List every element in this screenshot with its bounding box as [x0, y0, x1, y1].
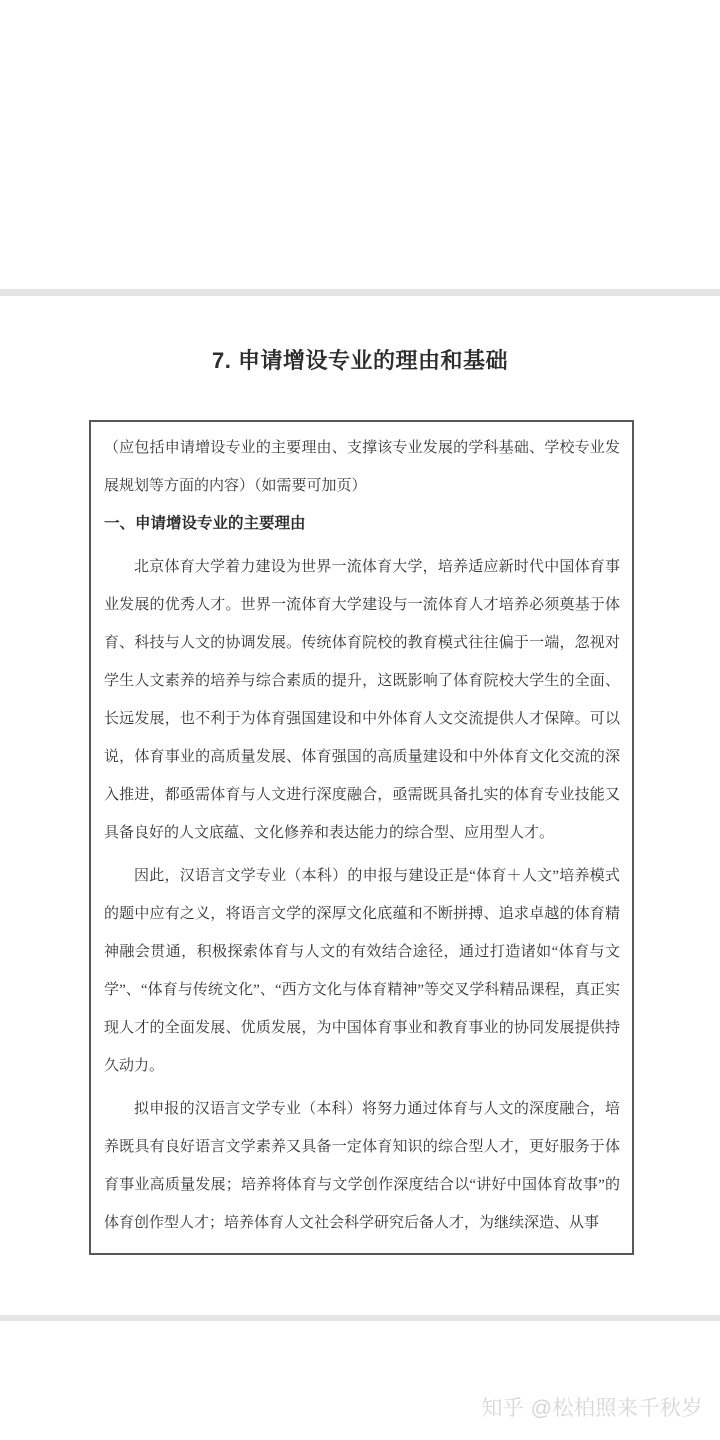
page-gap-divider-bottom — [0, 1315, 720, 1321]
section-heading: 一、申请增设专业的主要理由 — [104, 505, 620, 543]
page-title: 7. 申请增设专业的理由和基础 — [0, 344, 720, 375]
watermark: 知乎 @松柏照来千秋岁 — [481, 1392, 703, 1422]
body-paragraph: 拟申报的汉语言文学专业（本科）将努力通过体育与人文的深度融合，培养既具有良好语言… — [104, 1090, 620, 1242]
body-paragraph: 因此，汉语言文学专业（本科）的申报与建设正是“体育＋人文”培养模式的题中应有之义… — [104, 857, 620, 1085]
section-body: 北京体育大学着力建设为世界一流体育大学，培养适应新时代中国体育事业发展的优秀人才… — [104, 548, 620, 1242]
form-instructions-note: （应包括申请增设专业的主要理由、支撑该专业发展的学科基础、学校专业发展规划等方面… — [104, 429, 620, 505]
page-gap-divider-top — [0, 289, 720, 296]
form-box: （应包括申请增设专业的主要理由、支撑该专业发展的学科基础、学校专业发展规划等方面… — [89, 420, 634, 1255]
body-paragraph: 北京体育大学着力建设为世界一流体育大学，培养适应新时代中国体育事业发展的优秀人才… — [104, 548, 620, 852]
